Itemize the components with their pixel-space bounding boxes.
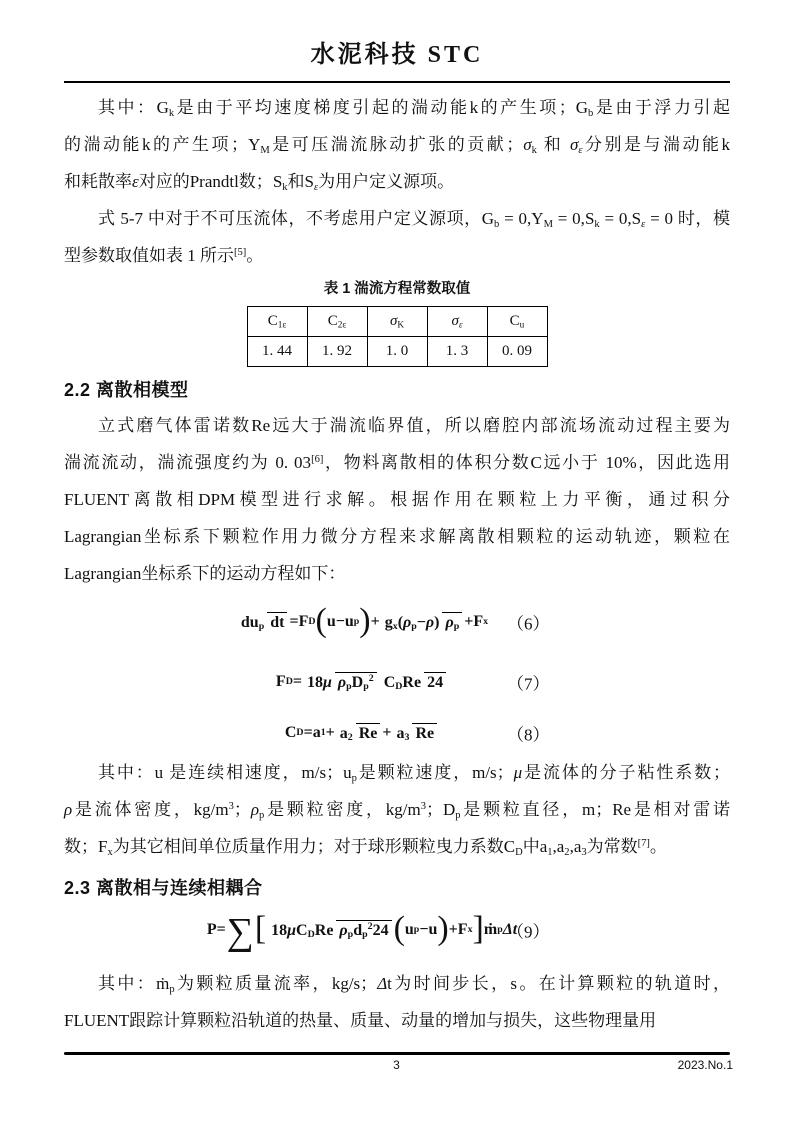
page-header: 水泥科技 STC <box>64 40 730 70</box>
table-value-cell: 0. 09 <box>487 337 547 367</box>
text-line: FLUENT跟踪计算颗粒沿轨道的热量、质量、动量的增加与损失，这些物理量用 <box>64 1002 730 1039</box>
header-divider <box>64 81 730 83</box>
section-heading-2-2: 2.2 离散相模型 <box>64 377 730 403</box>
text-line: 型参数取值如表 1 所示[5]。 <box>64 237 730 274</box>
table-value-cell: 1. 44 <box>247 337 307 367</box>
equation-8-number: （8） <box>507 721 550 746</box>
text-line: FLUENT离散相DPM模型进行求解。根据作用在颗粒上力平衡，通过积分 <box>64 481 730 518</box>
table-header-cell: Cu <box>487 307 547 337</box>
journal-title: 水泥科技 STC <box>311 40 484 70</box>
equation-7-formula: FD = 18μρpDp2CDRe24 <box>276 672 448 693</box>
table-value-row: 1. 44 1. 92 1. 0 1. 3 0. 09 <box>247 337 547 367</box>
table-value-cell: 1. 92 <box>307 337 367 367</box>
text-line: 其中：u 是连续相速度，m/s；up是颗粒速度，m/s；μ是流体的分子粘性系数； <box>64 754 730 791</box>
table-value-cell: 1. 3 <box>427 337 487 367</box>
text-line: Lagrangian坐标系下的运动方程如下： <box>64 555 730 592</box>
table-header-cell: C2ε <box>307 307 367 337</box>
equation-6-number: （6） <box>507 610 550 635</box>
table-header-cell: σε <box>427 307 487 337</box>
text-line: 的湍动能k的产生项；YM是可压湍流脉动扩张的贡献；σk 和 σε分别是与湍动能k <box>64 126 730 163</box>
equation-9-number: （9） <box>507 918 550 943</box>
paragraph-symbol-definitions: 其中：Gk是由于平均速度梯度引起的湍动能k的产生项；Gb是由于浮力引起 的湍动能… <box>64 89 730 200</box>
text-line: 立式磨气体雷诺数Re远大于湍流临界值，所以磨腔内部流场流动过程主要为 <box>64 407 730 444</box>
table-header-cell: C1ε <box>247 307 307 337</box>
equation-8-formula: CD = a1 + a2Re + a3Re <box>285 723 439 744</box>
table1-turbulence-constants: C1ε C2ε σK σε Cu 1. 44 1. 92 1. 0 1. 3 0… <box>247 306 548 367</box>
text-line: 其中：Gk是由于平均速度梯度引起的湍动能k的产生项；Gb是由于浮力引起 <box>64 89 730 126</box>
text-line: 湍流流动，湍流强度约为 0. 03[6]，物料离散相的体积分数C远小于 10%，… <box>64 444 730 481</box>
equation-7: FD = 18μρpDp2CDRe24 （7） <box>64 652 730 712</box>
text-line: 其中：ṁp为颗粒质量流率，kg/s；Δt为时间步长，s。在计算颗粒的轨道时， <box>64 965 730 1002</box>
text-line: 式 5-7 中对于不可压流体，不考虑用户定义源项，Gb = 0,YM = 0,S… <box>64 200 730 237</box>
table-header-cell: σK <box>367 307 427 337</box>
issue-number: 2023.No.1 <box>678 1058 733 1072</box>
page-number: 3 <box>0 1058 793 1072</box>
footer-divider <box>64 1052 730 1055</box>
section-heading-2-3: 2.3 离散相与连续相耦合 <box>64 875 730 901</box>
equation-6: dupdt = FD(u − up) + gx(ρp − ρ)ρp + Fx （… <box>64 592 730 652</box>
paragraph-variable-definitions: 其中：u 是连续相速度，m/s；up是颗粒速度，m/s；μ是流体的分子粘性系数；… <box>64 754 730 865</box>
equation-9: P = ∑[18μCD Reρpdp224(up − u) + Fx]ṁpΔt … <box>64 901 730 959</box>
paragraph-incompressible-note: 式 5-7 中对于不可压流体，不考虑用户定义源项，Gb = 0,YM = 0,S… <box>64 200 730 274</box>
paragraph-dpm-intro: 立式磨气体雷诺数Re远大于湍流临界值，所以磨腔内部流场流动过程主要为 湍流流动，… <box>64 407 730 592</box>
text-line: ρ是流体密度，kg/m3；ρp是颗粒密度，kg/m3；Dp是颗粒直径，m；Re是… <box>64 791 730 828</box>
table-header-row: C1ε C2ε σK σε Cu <box>247 307 547 337</box>
text-line: 和耗散率ε对应的Prandtl数；Sk和Sε为用户定义源项。 <box>64 163 730 200</box>
table-value-cell: 1. 0 <box>367 337 427 367</box>
text-line: Lagrangian坐标系下颗粒作用力微分方程来求解离散相颗粒的运动轨迹，颗粒在 <box>64 518 730 555</box>
equation-7-number: （7） <box>507 670 550 695</box>
paragraph-coupling-definitions: 其中：ṁp为颗粒质量流率，kg/s；Δt为时间步长，s。在计算颗粒的轨道时， F… <box>64 965 730 1039</box>
equation-8: CD = a1 + a2Re + a3Re （8） <box>64 712 730 754</box>
equation-9-formula: P = ∑[18μCD Reρpdp224(up − u) + Fx]ṁpΔt <box>207 915 517 946</box>
document-page: 水泥科技 STC 其中：Gk是由于平均速度梯度引起的湍动能k的产生项；Gb是由于… <box>0 0 793 1122</box>
equation-6-formula: dupdt = FD(u − up) + gx(ρp − ρ)ρp + Fx <box>236 607 488 638</box>
table1-caption: 表 1 湍流方程常数取值 <box>64 276 730 302</box>
text-line: 数；Fx为其它相间单位质量作用力；对于球形颗粒曳力系数CD中a1,a2,a3为常… <box>64 828 730 865</box>
